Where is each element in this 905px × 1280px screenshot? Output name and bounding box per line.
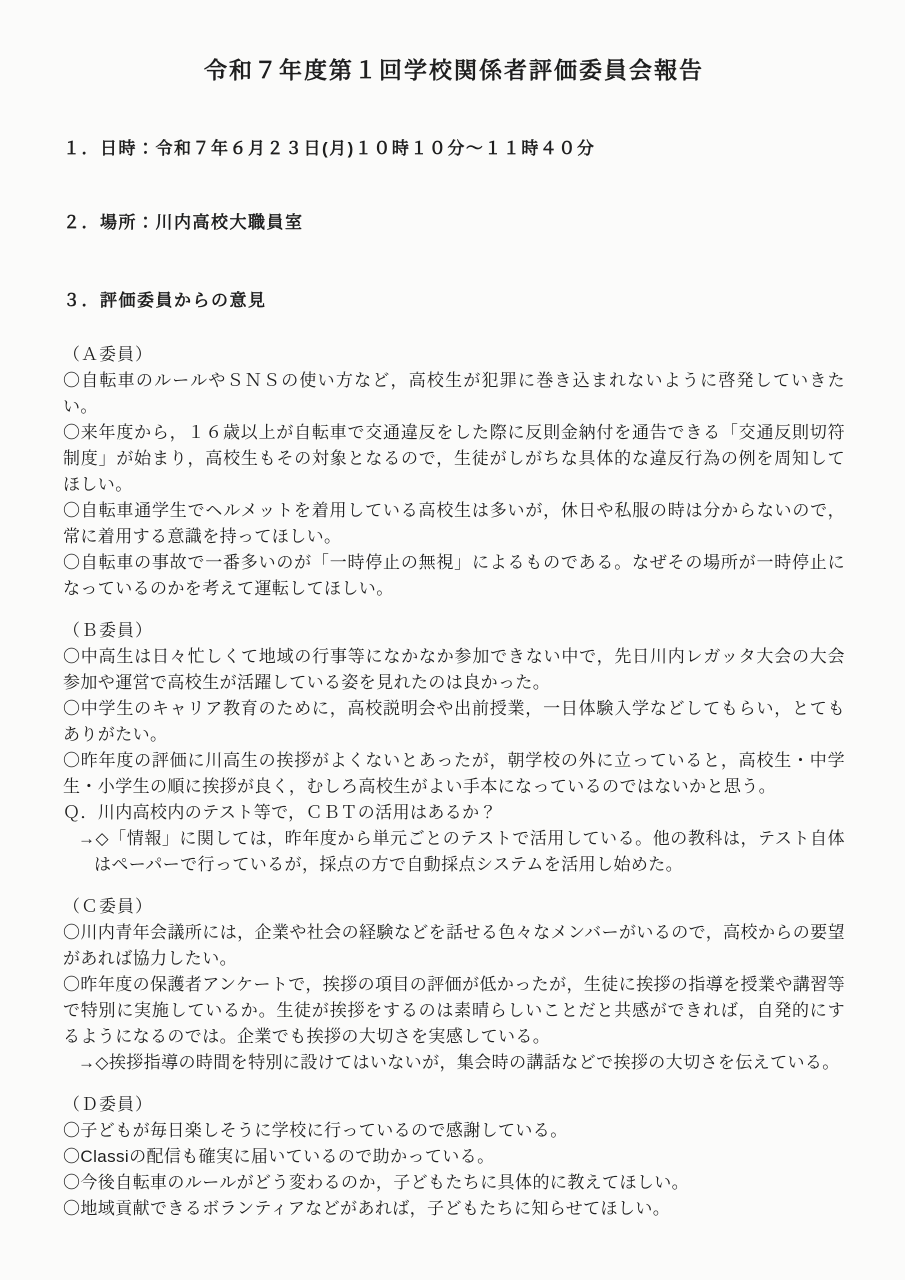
committee-name: （Ａ委員） xyxy=(63,342,845,368)
opinion-line: 〇中高生は日々忙しくて地域の行事等になかなか参加できない中で，先日川内レガッタ大… xyxy=(63,644,845,696)
answer-line: →◇挨拶指導の時間を特別に設けてはいないが，集会時の講話などで挨拶の大切さを伝え… xyxy=(63,1050,845,1076)
committee-name: （Ｃ委員） xyxy=(63,894,845,920)
committee-name: （Ｄ委員） xyxy=(63,1092,845,1118)
opinion-line: 〇今後自転車のルールがどう変わるのか，子どもたちに具体的に教えてほしい。 xyxy=(63,1170,845,1196)
opinion-line: 〇自転車の事故で一番多いのが「一時停止の無視」によるものである。なぜその場所が一… xyxy=(63,550,845,602)
committee-name: （Ｂ委員） xyxy=(63,618,845,644)
opinion-line: 〇地域貢献できるボランティアなどがあれば，子どもたちに知らせてほしい。 xyxy=(63,1196,845,1222)
meta-location: ２．場所：川内高校大職員室 xyxy=(63,210,845,236)
committee-section: （Ａ委員） 〇自転車のルールやＳＮＳの使い方など，高校生が犯罪に巻き込まれないよ… xyxy=(63,342,845,602)
opinion-line: 〇川内青年会議所には，企業や社会の経験などを話せる色々なメンバーがいるので，高校… xyxy=(63,920,845,972)
opinion-line: 〇Classiの配信も確実に届いているので助かっている。 xyxy=(63,1144,845,1170)
committee-section: （Ｄ委員） 〇子どもが毎日楽しそうに学校に行っているので感謝している。〇Clas… xyxy=(63,1092,845,1222)
opinion-line: 〇中学生のキャリア教育のために，高校説明会や出前授業，一日体験入学などしてもらい… xyxy=(63,696,845,748)
opinions-section-heading: ３．評価委員からの意見 xyxy=(63,288,845,314)
committee-section: （Ｂ委員） 〇中高生は日々忙しくて地域の行事等になかなか参加できない中で，先日川… xyxy=(63,618,845,878)
opinion-line: 〇来年度から，１６歳以上が自転車で交通違反をした際に反則金納付を通告できる「交通… xyxy=(63,420,845,498)
committee-section: （Ｃ委員） 〇川内青年会議所には，企業や社会の経験などを話せる色々なメンバーがい… xyxy=(63,894,845,1076)
opinion-line: 〇自転車通学生でヘルメットを着用している高校生は多いが，休日や私服の時は分からな… xyxy=(63,498,845,550)
meta-datetime: １．日時：令和７年６月２３日(月)１０時１０分～１１時４０分 xyxy=(63,136,845,162)
question-line: Ｑ．川内高校内のテスト等で，ＣＢＴの活用はあるか？ xyxy=(63,800,845,826)
opinion-line: 〇昨年度の評価に川高生の挨拶がよくないとあったが，朝学校の外に立っていると，高校… xyxy=(63,748,845,800)
opinion-line: 〇子どもが毎日楽しそうに学校に行っているので感謝している。 xyxy=(63,1118,845,1144)
document-title: 令和７年度第１回学校関係者評価委員会報告 xyxy=(63,52,845,88)
committee-sections: （Ａ委員） 〇自転車のルールやＳＮＳの使い方など，高校生が犯罪に巻き込まれないよ… xyxy=(63,342,845,1222)
opinion-line: 〇自転車のルールやＳＮＳの使い方など，高校生が犯罪に巻き込まれないように啓発して… xyxy=(63,368,845,420)
document-page: 令和７年度第１回学校関係者評価委員会報告 １．日時：令和７年６月２３日(月)１０… xyxy=(0,0,905,1280)
answer-line: →◇「情報」に関しては，昨年度から単元ごとのテストで活用している。他の教科は，テ… xyxy=(63,826,845,878)
opinion-line: 〇昨年度の保護者アンケートで，挨拶の項目の評価が低かったが，生徒に挨拶の指導を授… xyxy=(63,972,845,1050)
